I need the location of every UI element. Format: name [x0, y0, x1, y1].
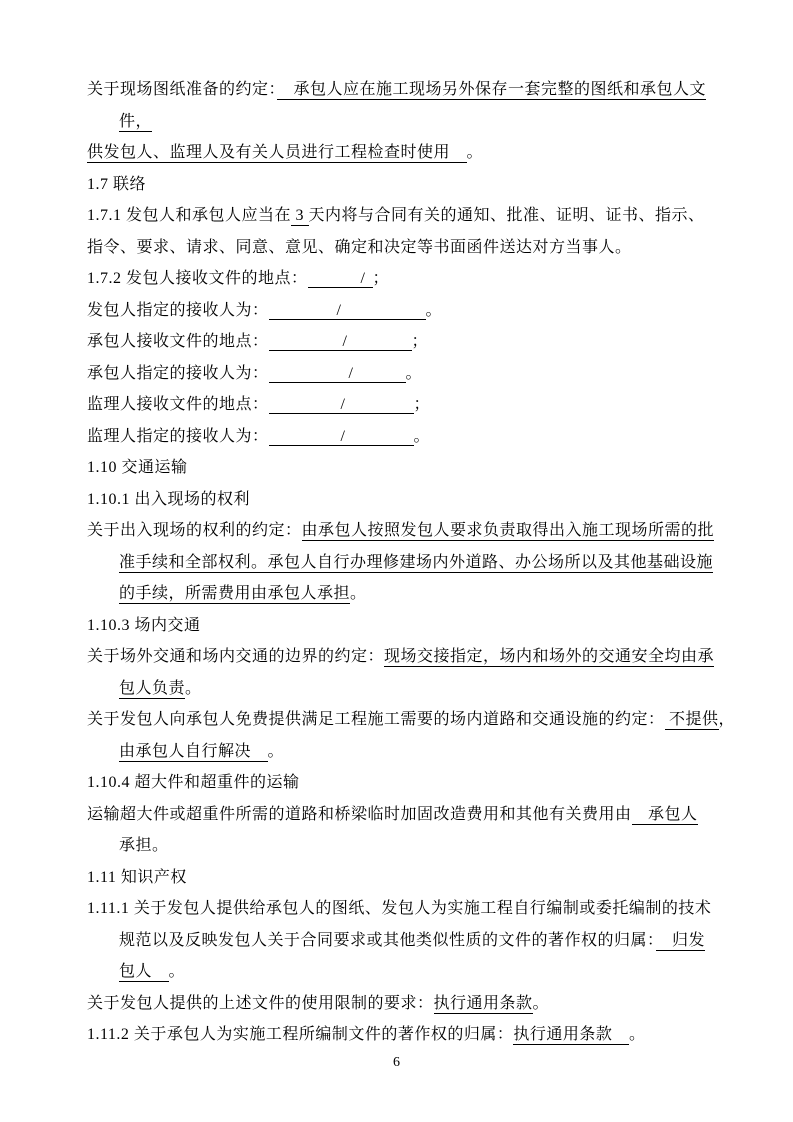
underlined-text: 的手续，所需费用由承包人承担: [119, 585, 350, 604]
text-segment: 1.11 知识产权: [87, 869, 187, 886]
text-segment: 关于现场图纸准备的约定：: [87, 81, 277, 98]
text-segment: 1.10 交通运输: [87, 459, 188, 476]
text-line: 关于出入现场的权利的约定：由承包人按照发包人要求负责取得出入施工现场所需的批: [87, 515, 747, 547]
text-line: 承包人接收文件的地点：/；: [87, 326, 747, 358]
text-segment: 关于出入现场的权利的约定：: [87, 522, 302, 539]
text-segment: 运输超大件或超重件所需的道路和桥梁临时加固改造费用和其他有关费用由: [87, 806, 632, 823]
text-segment: 。: [426, 302, 443, 319]
underlined-text: 包人负责: [119, 680, 185, 699]
text-line: 1.11.2 关于承包人为实施工程所编制文件的著作权的归属：执行通用条款 。: [87, 1019, 747, 1051]
underlined-text: 承包人: [632, 806, 698, 825]
text-segment: 1.10.4 超大件和超重件的运输: [87, 774, 300, 791]
text-segment: 天内将与合同有关的通知、批准、证明、证书、指示、: [309, 207, 705, 224]
text-line: 监理人指定的接收人为：/。: [87, 421, 747, 453]
text-segment: 承担。: [119, 837, 169, 854]
text-segment: 。: [185, 680, 202, 697]
document-page: 关于现场图纸准备的约定： 承包人应在施工现场另外保存一套完整的图纸和承包人文件，…: [0, 0, 793, 1122]
text-segment: 1.7.2 发包人接收文件的地点：: [87, 270, 308, 287]
fill-in-blank-field: /: [269, 427, 414, 446]
text-line: 由承包人自行解决 。: [87, 736, 747, 768]
page-number: 6: [0, 1054, 793, 1072]
text-line: 1.11.1 关于发包人提供给承包人的图纸、发包人为实施工程自行编制或委托编制的…: [87, 893, 747, 925]
text-line: 关于现场图纸准备的约定： 承包人应在施工现场另外保存一套完整的图纸和承包人文: [87, 74, 747, 106]
underlined-text: 不提供: [665, 711, 719, 730]
underlined-text: 归发: [656, 932, 706, 951]
text-segment: 关于发包人向承包人免费提供满足工程施工需要的场内道路和交通设施的约定：: [87, 711, 665, 728]
text-segment: ；: [414, 396, 431, 413]
text-segment: 。: [467, 144, 484, 161]
text-segment: ；: [373, 270, 390, 287]
text-segment: ，: [719, 711, 736, 728]
text-line: 1.10.1 出入现场的权利: [87, 484, 747, 516]
underlined-text: 由承包人自行解决: [119, 743, 268, 762]
underlined-text: 现场交接指定，场内和场外的交通安全均由承: [384, 648, 714, 667]
text-line: 包人 。: [87, 956, 747, 988]
text-segment: 承包人指定的接收人为：: [87, 365, 269, 382]
text-segment: 监理人接收文件的地点：: [87, 396, 269, 413]
text-segment: 监理人指定的接收人为：: [87, 428, 269, 445]
text-segment: 关于发包人提供的上述文件的使用限制的要求：: [87, 995, 434, 1012]
fill-in-blank-field: /: [308, 269, 373, 288]
underlined-text: 由承包人按照发包人要求负责取得出入施工现场所需的批: [302, 522, 715, 541]
text-line: 规范以及反映发包人关于合同要求或其他类似性质的文件的著作权的归属： 归发: [87, 925, 747, 957]
text-segment: 承包人接收文件的地点：: [87, 333, 269, 350]
text-line: 关于发包人提供的上述文件的使用限制的要求：执行通用条款。: [87, 988, 747, 1020]
text-line: 1.11 知识产权: [87, 862, 747, 894]
underlined-text: 承包人应在施工现场另外保存一套完整的图纸和承包人文: [277, 81, 706, 100]
text-segment: 。: [268, 743, 285, 760]
text-line: 1.7.2 发包人接收文件的地点：/；: [87, 263, 747, 295]
text-segment: 指令、要求、请求、同意、意见、确定和决定等书面函件送达对方当事人。: [87, 239, 632, 256]
document-body: 关于现场图纸准备的约定： 承包人应在施工现场另外保存一套完整的图纸和承包人文件，…: [0, 0, 793, 1051]
text-segment: 规范以及反映发包人关于合同要求或其他类似性质的文件的著作权的归属：: [119, 932, 656, 949]
underlined-text: 执行通用条款: [434, 995, 533, 1014]
text-line: 发包人指定的接收人为：/。: [87, 295, 747, 327]
underlined-text: 3: [291, 207, 309, 226]
fill-in-blank-field: /: [269, 301, 426, 320]
text-line: 关于发包人向承包人免费提供满足工程施工需要的场内道路和交通设施的约定： 不提供，: [87, 704, 747, 736]
text-segment: 1.11.1 关于发包人提供给承包人的图纸、发包人为实施工程自行编制或委托编制的…: [87, 900, 711, 917]
text-line: 供发包人、监理人及有关人员进行工程检查时使用 。: [87, 137, 747, 169]
text-line: 包人负责。: [87, 673, 747, 705]
fill-in-blank-field: /: [269, 395, 414, 414]
text-line: 关于场外交通和场内交通的边界的约定：现场交接指定，场内和场外的交通安全均由承: [87, 641, 747, 673]
text-line: 1.10 交通运输: [87, 452, 747, 484]
text-segment: 1.7.1 发包人和承包人应当在: [87, 207, 291, 224]
text-line: 准手续和全部权利。承包人自行办理修建场内外道路、办公场所以及其他基础设施: [87, 547, 747, 579]
text-line: 的手续，所需费用由承包人承担。: [87, 578, 747, 610]
text-line: 1.10.3 场内交通: [87, 610, 747, 642]
text-line: 运输超大件或超重件所需的道路和桥梁临时加固改造费用和其他有关费用由 承包人: [87, 799, 747, 831]
text-line: 监理人接收文件的地点：/；: [87, 389, 747, 421]
text-segment: ；: [412, 333, 429, 350]
fill-in-blank-field: /: [269, 364, 406, 383]
text-segment: 。: [350, 585, 367, 602]
text-line: 指令、要求、请求、同意、意见、确定和决定等书面函件送达对方当事人。: [87, 232, 747, 264]
text-segment: 。: [406, 365, 423, 382]
text-line: 承包人指定的接收人为：/。: [87, 358, 747, 390]
fill-in-blank-field: /: [269, 332, 412, 351]
text-segment: 。: [414, 428, 431, 445]
text-segment: 发包人指定的接收人为：: [87, 302, 269, 319]
underlined-text: 供发包人、监理人及有关人员进行工程检查时使用: [87, 144, 467, 163]
text-segment: 1.7 联络: [87, 176, 146, 193]
text-line: 件，: [87, 106, 747, 138]
text-segment: 1.11.2 关于承包人为实施工程所编制文件的著作权的归属：: [87, 1026, 513, 1043]
text-segment: 关于场外交通和场内交通的边界的约定：: [87, 648, 384, 665]
underlined-text: 包人: [119, 963, 169, 982]
underlined-text: 件，: [119, 113, 152, 132]
text-line: 1.7 联络: [87, 169, 747, 201]
underlined-text: 执行通用条款: [513, 1026, 629, 1045]
text-line: 承担。: [87, 830, 747, 862]
text-segment: 1.10.3 场内交通: [87, 617, 201, 634]
underlined-text: 准手续和全部权利。承包人自行办理修建场内外道路、办公场所以及其他基础设施: [119, 554, 713, 573]
text-segment: 。: [169, 963, 186, 980]
text-segment: 1.10.1 出入现场的权利: [87, 491, 250, 508]
text-segment: 。: [533, 995, 550, 1012]
text-line: 1.10.4 超大件和超重件的运输: [87, 767, 747, 799]
text-segment: 。: [629, 1026, 646, 1043]
text-line: 1.7.1 发包人和承包人应当在 3 天内将与合同有关的通知、批准、证明、证书、…: [87, 200, 747, 232]
